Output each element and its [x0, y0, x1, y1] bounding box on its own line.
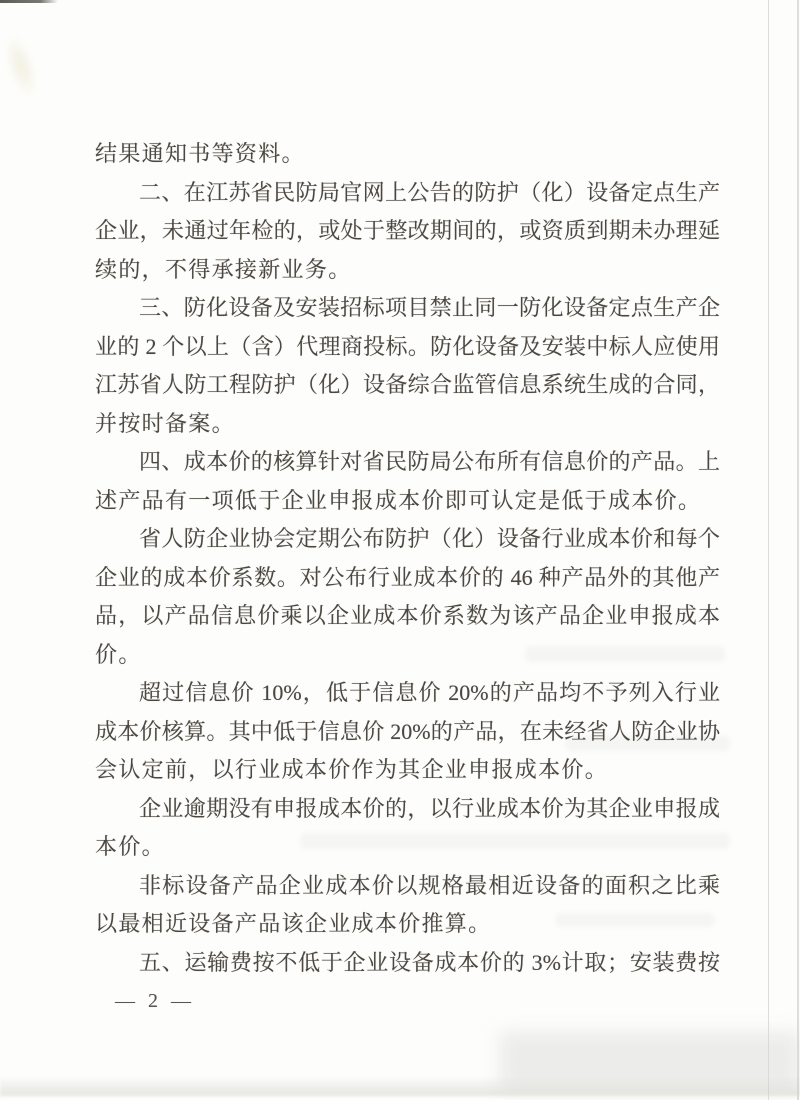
text-line: 并按时备案。: [95, 405, 720, 444]
text-line: 企业的成本价系数。对公布行业成本价的 46 种产品外的其他产: [95, 559, 720, 598]
text-line: 非标设备产品企业成本价以规格最相近设备的面积之比乘: [95, 867, 720, 906]
text-line: 结果通知书等资料。: [95, 135, 720, 174]
text-line: 续的，不得承接新业务。: [95, 251, 720, 290]
text-line: 以最相近设备产品该企业成本价推算。: [95, 905, 720, 944]
text-line: 四、成本价的核算针对省民防局公布所有信息价的产品。上: [95, 443, 720, 482]
text-line: 本价。: [95, 828, 720, 867]
text-line: 三、防化设备及安装招标项目禁止同一防化设备定点生产企: [95, 289, 720, 328]
text-line: 会认定前，以行业成本价作为其企业申报成本价。: [95, 751, 720, 790]
scan-smudge-bottom: [500, 1032, 800, 1090]
text-line: 企业，未通过年检的，或处于整改期间的，或资质到期未办理延: [95, 212, 720, 251]
scan-shadow-bottom: [0, 1076, 800, 1096]
text-line: 超过信息价 10%，低于信息价 20%的产品均不予列入行业: [95, 674, 720, 713]
text-line: 成本价核算。其中低于信息价 20%的产品，在未经省人防企业协: [95, 713, 720, 752]
text-line: 五、运输费按不低于企业设备成本价的 3%计取；安装费按: [95, 944, 720, 983]
scanned-document-page: 结果通知书等资料。二、在江苏省民防局官网上公告的防护（化）设备定点生产企业，未通…: [0, 0, 800, 1100]
page-number: — 2 —: [115, 982, 195, 1021]
scan-edge-line-top: [0, 0, 58, 3]
scan-edge-line-right: [768, 0, 769, 1100]
scan-smudge-top-left: [0, 33, 43, 100]
text-line: 价。: [95, 636, 720, 675]
scan-edge-line-right-outer: [797, 0, 799, 1100]
document-body: 结果通知书等资料。二、在江苏省民防局官网上公告的防护（化）设备定点生产企业，未通…: [95, 135, 720, 982]
text-line: 述产品有一项低于企业申报成本价即可认定是低于成本价。: [95, 482, 720, 521]
text-line: 江苏省人防工程防护（化）设备综合监管信息系统生成的合同，: [95, 366, 720, 405]
text-line: 企业逾期没有申报成本价的，以行业成本价为其企业申报成: [95, 790, 720, 829]
text-line: 品，以产品信息价乘以企业成本价系数为该产品企业申报成本: [95, 597, 720, 636]
text-line: 二、在江苏省民防局官网上公告的防护（化）设备定点生产: [95, 174, 720, 213]
text-line: 省人防企业协会定期公布防护（化）设备行业成本价和每个: [95, 520, 720, 559]
text-line: 业的 2 个以上（含）代理商投标。防化设备及安装中标人应使用: [95, 328, 720, 367]
